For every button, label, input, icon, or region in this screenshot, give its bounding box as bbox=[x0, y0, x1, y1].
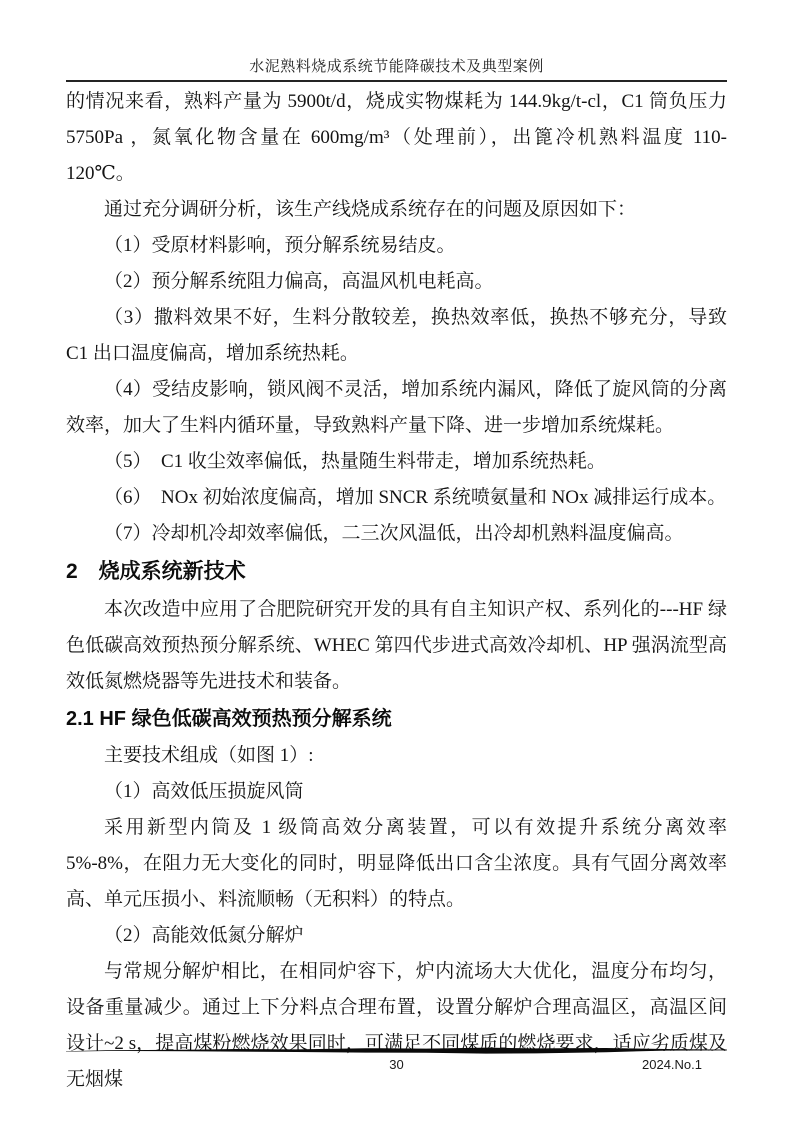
document-page: 水泥熟料烧成系统节能降碳技术及典型案例 的情况来看，熟料产量为 5900t/d，… bbox=[0, 0, 793, 1122]
paragraph-components-lead: 主要技术组成（如图 1）: bbox=[66, 738, 727, 774]
footer-rule bbox=[66, 1046, 727, 1056]
footer-row: 30 2024.No.1 bbox=[66, 1057, 727, 1075]
paragraph-item2-body: 与常规分解炉相比，在相同炉容下，炉内流场大大优化，温度分布均匀，设备重量减少。通… bbox=[66, 954, 727, 1098]
list-item: （4）受结皮影响，锁风阀不灵活，增加系统内漏风，降低了旋风筒的分离效率，加大了生… bbox=[66, 372, 727, 444]
page-footer: 30 2024.No.1 bbox=[66, 1046, 727, 1075]
paragraph-intro: 的情况来看，熟料产量为 5900t/d，烧成实物煤耗为 144.9kg/t-cl… bbox=[66, 84, 727, 192]
running-title: 水泥熟料烧成系统节能降碳技术及典型案例 bbox=[66, 57, 727, 77]
list-item: （6） NOx 初始浓度偏高，增加 SNCR 系统喷氨量和 NOx 减排运行成本… bbox=[66, 480, 727, 516]
issue-label: 2024.No.1 bbox=[642, 1057, 702, 1073]
list-item-title: （2）高能效低氮分解炉 bbox=[66, 918, 727, 954]
list-item-title: （1）高效低压损旋风筒 bbox=[66, 774, 727, 810]
paragraph-section2-body: 本次改造中应用了合肥院研究开发的具有自主知识产权、系列化的---HF 绿色低碳高… bbox=[66, 592, 727, 700]
header-rule bbox=[66, 80, 727, 82]
list-item: （2）预分解系统阻力偏高，高温风机电耗高。 bbox=[66, 264, 727, 300]
paragraph-survey-lead: 通过充分调研分析，该生产线烧成系统存在的问题及原因如下： bbox=[66, 192, 727, 228]
subsection-heading: 2.1 HF 绿色低碳高效预热预分解系统 bbox=[66, 700, 727, 738]
list-item: （1）受原材料影响，预分解系统易结皮。 bbox=[66, 228, 727, 264]
document-body: 的情况来看，熟料产量为 5900t/d，烧成实物煤耗为 144.9kg/t-cl… bbox=[66, 84, 727, 1098]
list-item: （3）撒料效果不好，生料分散较差，换热效率低，换热不够充分，导致 C1 出口温度… bbox=[66, 300, 727, 372]
paragraph-item1-body: 采用新型内筒及 1 级筒高效分离装置，可以有效提升系统分离效率 5%-8%，在阻… bbox=[66, 810, 727, 918]
section-heading: 2 烧成系统新技术 bbox=[66, 552, 727, 592]
list-item: （5） C1 收尘效率偏低，热量随生料带走，增加系统热耗。 bbox=[66, 444, 727, 480]
page-number: 30 bbox=[66, 1057, 727, 1073]
list-item: （7）冷却机冷却效率偏低，二三次风温低，出冷却机熟料温度偏高。 bbox=[66, 516, 727, 552]
page-header: 水泥熟料烧成系统节能降碳技术及典型案例 bbox=[66, 57, 727, 82]
